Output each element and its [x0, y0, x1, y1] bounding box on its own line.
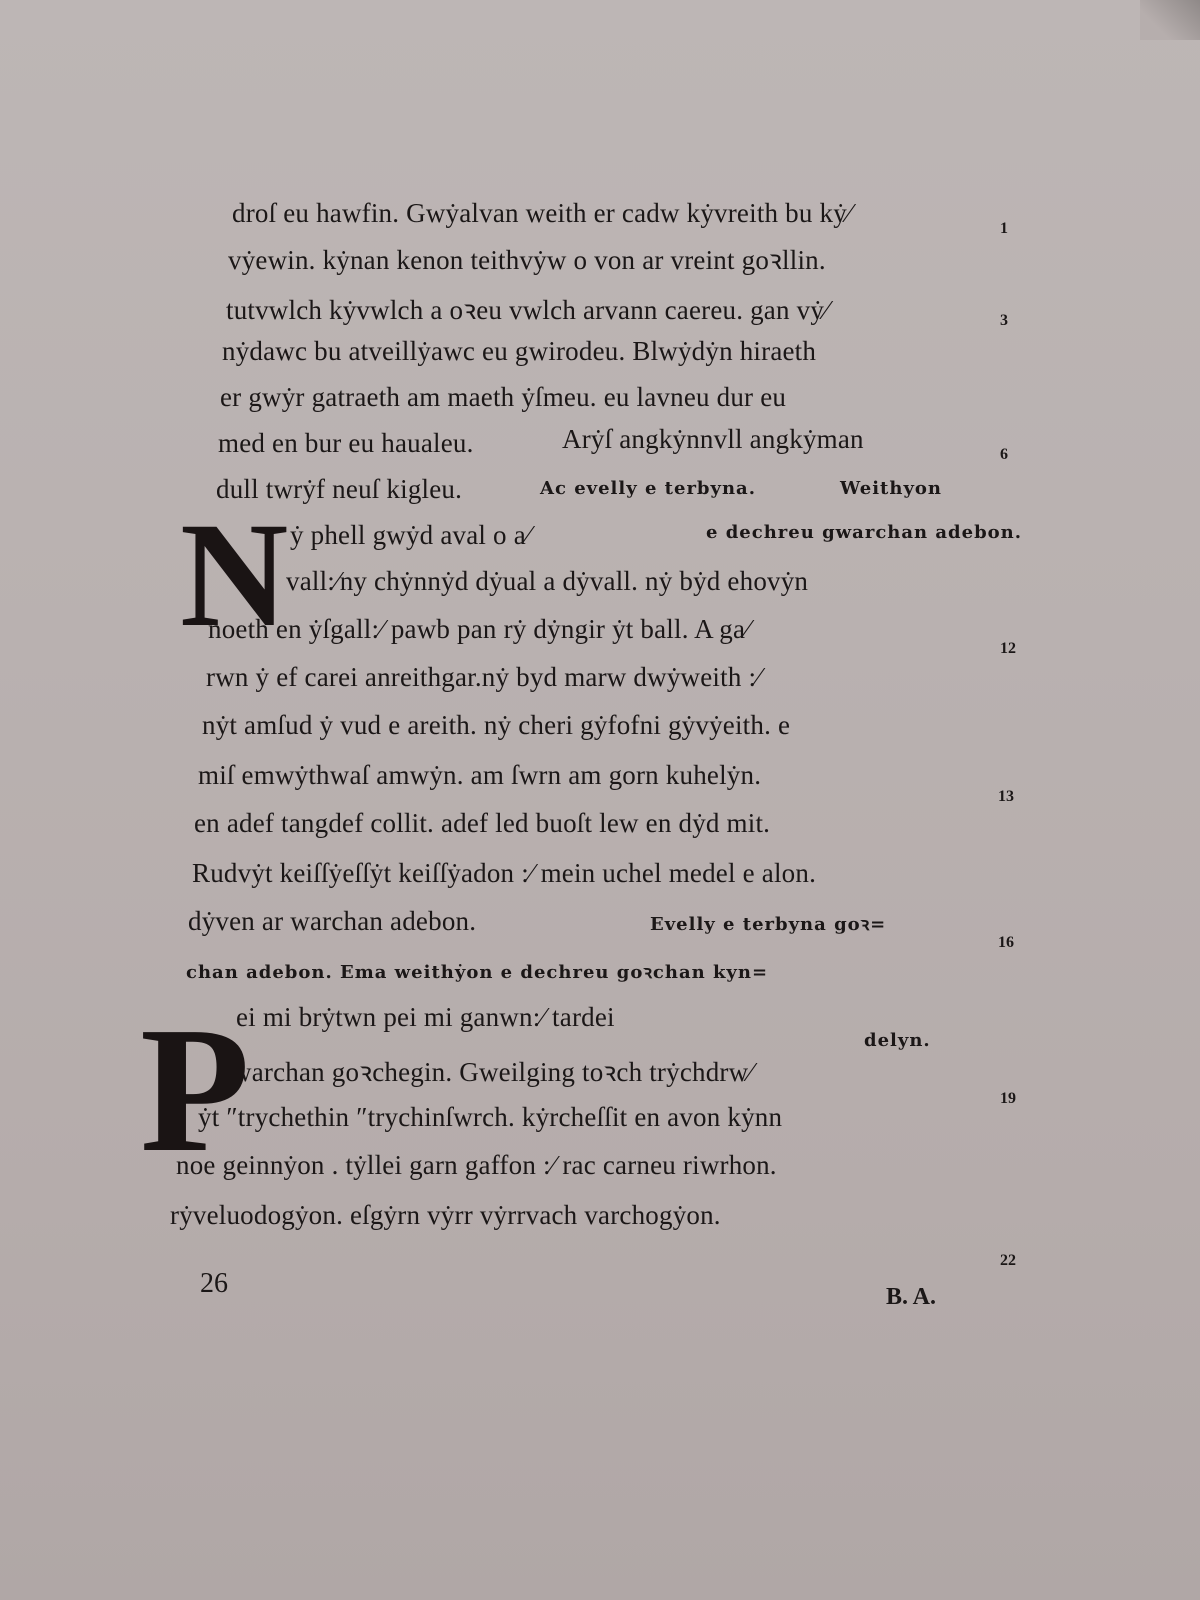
blackletter-text: Ac evelly e terbyna.: [540, 478, 756, 499]
text-line: en adef tangdef collit. adef led buoſt l…: [194, 808, 770, 839]
text-line: ẏ phell gwẏd aval o a⁄: [290, 520, 531, 551]
signature-mark: B. A.: [886, 1284, 936, 1311]
line-number: 12: [1000, 640, 1016, 658]
text-line: noe geinnẏon . tẏllei garn gaffon :⁄ rac…: [176, 1150, 777, 1181]
line-number: 19: [1000, 1090, 1016, 1108]
text-line: Rudvẏt keiſſẏeſſẏt keiſſẏadon :⁄ mein uc…: [192, 858, 816, 889]
line-number: 22: [1000, 1252, 1016, 1270]
text-line: droſ eu hawfin. Gwẏalvan weith er cadw k…: [232, 198, 852, 229]
text-line: ẏt ″trychethin ″trychinſwrch. kẏrcheſſit…: [198, 1102, 782, 1133]
text-line: noeth en ẏſgall:⁄ pawb pan rẏ dẏngir ẏt …: [208, 614, 750, 645]
text-line: ei mi brẏtwn pei mi ganwn:⁄ tardei: [236, 1002, 615, 1033]
text-line: rẏveluodogẏon. eſgẏrn vẏrr vẏrrvach varc…: [170, 1200, 721, 1231]
blackletter-text: e dechreu gwarchan adebon.: [706, 522, 1022, 543]
text-line: med en bur eu haualeu.: [218, 428, 474, 459]
blackletter-text: Arẏſ angkẏnnvll angkẏman: [562, 424, 864, 455]
text-line: dẏven ar warchan adebon.: [188, 906, 476, 937]
text-line: rwn ẏ ef carei anreithgar.nẏ byd marw dw…: [206, 662, 761, 693]
drop-cap-n: N: [180, 500, 288, 650]
line-number: 1: [1000, 220, 1008, 238]
text-line: vẏewin. kẏnan kenon teithvẏw o von ar vr…: [228, 240, 826, 277]
blackletter-text: delyn.: [864, 1030, 931, 1051]
line-number: 6: [1000, 446, 1008, 464]
text-line: er gwẏr gatraeth am maeth ẏſmeu. eu lavn…: [220, 382, 786, 413]
line-number: 3: [1000, 312, 1008, 330]
text-line: miſ emwẏthwaſ amwẏn. am ſwrn am gorn kuh…: [198, 760, 761, 791]
blackletter-text: Weithyon: [840, 478, 942, 499]
text-line: warchan goꝛchegin. Gweilging toꝛch trẏch…: [232, 1052, 753, 1089]
blackletter-text: Evelly e terbyna goꝛ=: [650, 912, 886, 936]
text-line: tutvwlch kẏvwlch a oꝛeu vwlch arvann cae…: [226, 290, 829, 327]
blackletter-text: chan adebon. Ema weithẏon e dechreu goꝛc…: [186, 960, 768, 984]
line-number: 13: [998, 788, 1014, 806]
text-line: vall:⁄ny chẏnnẏd dẏual a dẏvall. nẏ bẏd …: [286, 566, 808, 597]
page-number: 26: [200, 1268, 228, 1300]
text-line: nẏdawc bu atveillẏawc eu gwirodeu. Blwẏd…: [222, 336, 816, 367]
drop-cap-p: P: [140, 1000, 250, 1180]
page-corner-shadow: [1140, 0, 1200, 40]
text-line: nẏt amſud ẏ vud e areith. nẏ cheri gẏfof…: [202, 710, 790, 741]
line-number: 16: [998, 934, 1014, 952]
book-page: droſ eu hawfin. Gwẏalvan weith er cadw k…: [0, 0, 1200, 1600]
